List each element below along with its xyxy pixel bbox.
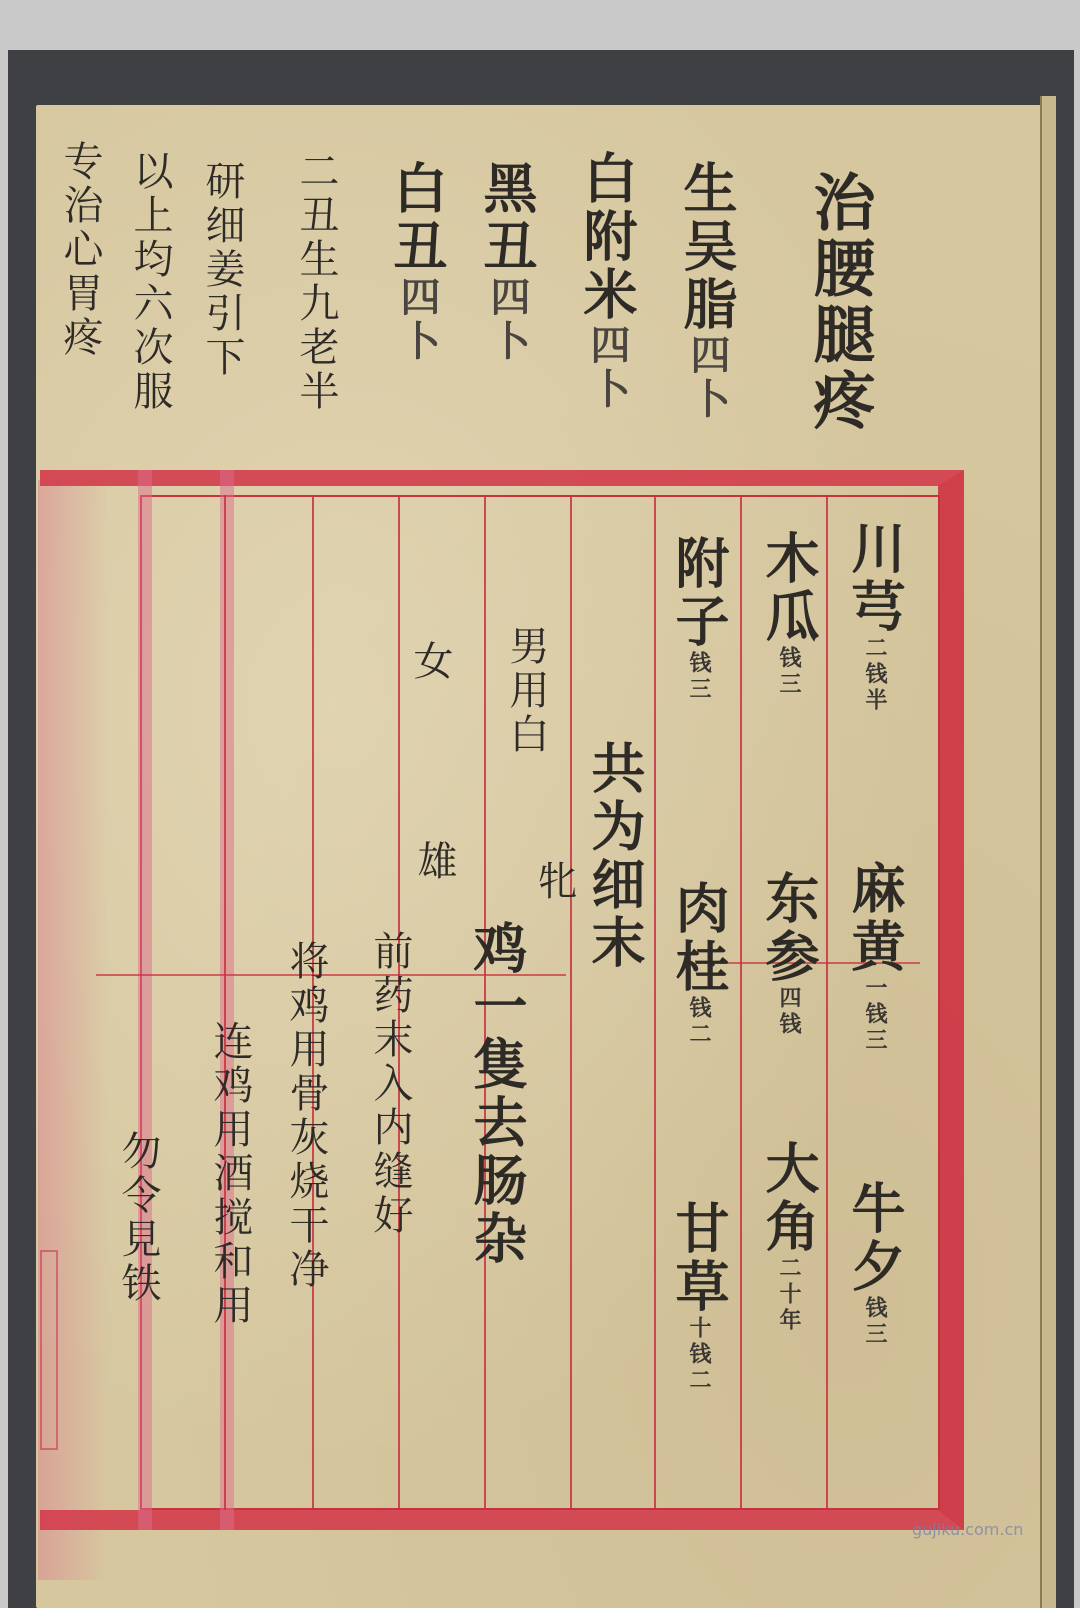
grid-line [740, 495, 742, 1510]
ingredient-column: 白丑四卜 [390, 160, 444, 364]
ingredient-column: 大角二十年 [762, 1140, 816, 1334]
instruction-column: 以上均六次服 [130, 150, 170, 414]
grid-line [654, 495, 656, 1510]
instruction-column: 鸡一隻去肠杂 [470, 920, 524, 1268]
instruction-column: 共为细末 [588, 740, 642, 972]
ingredient-column: 黑丑四卜 [480, 160, 534, 364]
dosage-note: 四卜 [394, 276, 441, 364]
title-column: 治腰腿疼 [808, 170, 870, 434]
dosage-note: 二十年 [776, 1256, 802, 1334]
instruction-column: 男用白 [506, 625, 546, 757]
ingredient-name: 甘草 [667, 1200, 731, 1316]
dosage-note: 钱三 [776, 646, 802, 698]
watermark: gujiku.com.cn [912, 1520, 1023, 1539]
instruction-column: 将鸡用骨灰烧干净 [286, 940, 326, 1292]
ingredient-column: 川芎二钱半 [848, 520, 902, 714]
dosage-note: 二钱半 [862, 636, 888, 714]
instruction-column: 专治心胃疼 [60, 140, 100, 360]
annotation-note: 牝 [534, 860, 574, 904]
ingredient-name: 黑丑 [475, 160, 539, 276]
ingredient-column: 木瓜钱三 [762, 530, 816, 698]
dosage-note: 钱二 [686, 996, 712, 1048]
ingredient-column: 附子钱三 [672, 535, 726, 703]
grid-line [826, 495, 828, 1510]
instruction-text: 男用白 [503, 625, 549, 757]
instruction-column: 研细姜引下 [202, 160, 242, 380]
dosage-note: 四卜 [684, 334, 731, 422]
ingredient-column: 生吴脂四卜 [680, 160, 734, 422]
dosage-note: 钱三 [686, 651, 712, 703]
instruction-column: 女 [410, 640, 450, 684]
ingredient-column: 肉桂钱二 [672, 880, 726, 1048]
pink-grid-line [220, 470, 234, 1530]
ingredient-name: 牛夕 [843, 1180, 907, 1296]
ingredient-name: 麻黄 [843, 860, 907, 976]
ingredient-name: 木瓜 [757, 530, 821, 646]
grid-line [570, 495, 572, 1510]
instruction-column: 连鸡用酒搅和用 [210, 1020, 250, 1328]
grid-line [224, 495, 226, 1510]
dosage-note: 十钱二 [686, 1316, 712, 1394]
ingredient-column: 麻黄一钱三 [848, 860, 902, 1054]
dosage-note: 钱三 [862, 1296, 888, 1348]
annotation-note: 雄 [414, 840, 454, 884]
ingredient-name: 川芎 [843, 520, 907, 636]
page-fold-edge [1040, 96, 1056, 1608]
instruction-column: 前药末入内缝好 [370, 930, 410, 1238]
dosage-note: 一钱三 [862, 976, 888, 1054]
instruction-column: 二丑生九老半 [296, 150, 336, 414]
ingredient-name: 大角 [757, 1140, 821, 1256]
ingredient-name: 附子 [667, 535, 731, 651]
ingredient-name: 东参 [757, 870, 821, 986]
ingredient-column: 甘草十钱二 [672, 1200, 726, 1394]
ingredient-column: 白附米四卜 [580, 150, 634, 412]
dosage-note: 四钱 [776, 986, 802, 1038]
ingredient-column: 牛夕钱三 [848, 1180, 902, 1348]
ingredient-name: 白附米 [575, 150, 639, 324]
instruction-column: 勿令見铁 [118, 1130, 158, 1306]
red-seal-stamp [40, 1250, 58, 1450]
ingredient-name: 白丑 [385, 160, 449, 276]
ingredient-name: 肉桂 [667, 880, 731, 996]
dosage-note: 四卜 [584, 324, 631, 412]
ingredient-name: 生吴脂 [675, 160, 739, 334]
pink-grid-line [138, 470, 152, 1530]
dosage-note: 四卜 [484, 276, 531, 364]
ingredient-column: 东参四钱 [762, 870, 816, 1038]
